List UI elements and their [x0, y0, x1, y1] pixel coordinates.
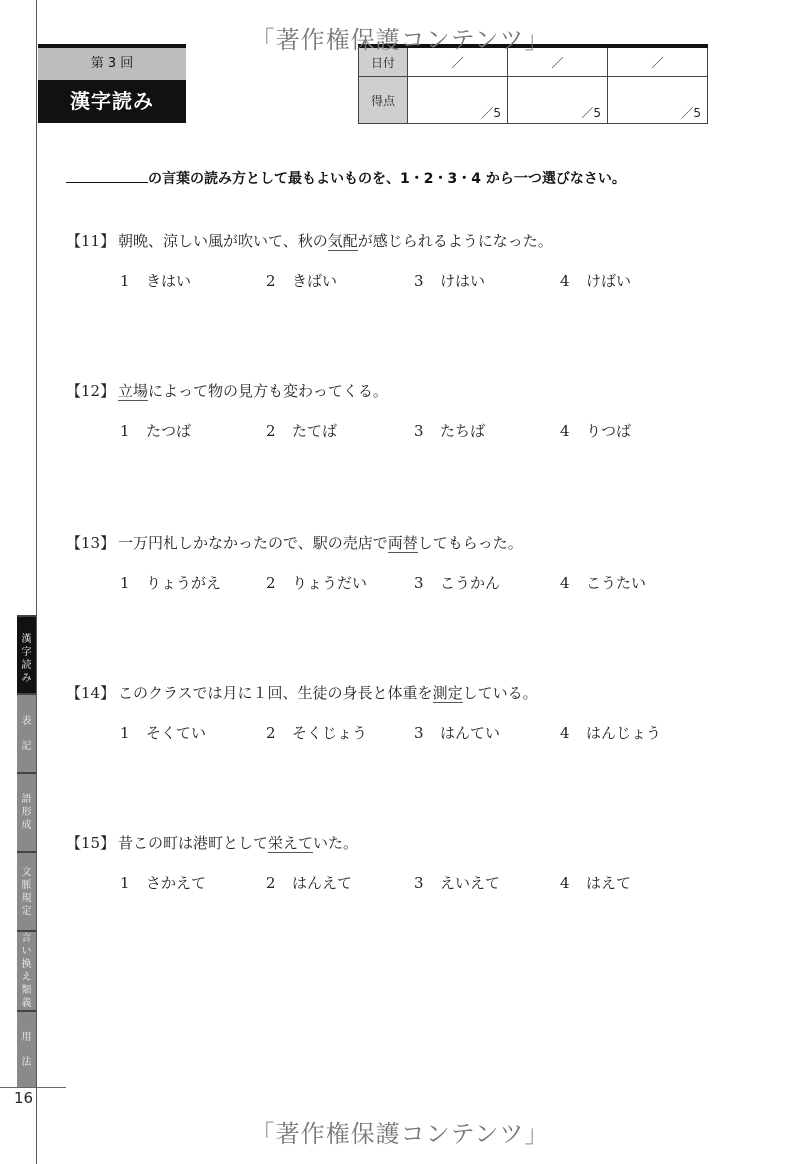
- question-number: 【14】: [66, 682, 118, 703]
- option-text: はんてい: [440, 724, 500, 742]
- answer-option[interactable]: 3こうかん: [414, 572, 500, 593]
- answer-option[interactable]: 3けはい: [414, 270, 485, 291]
- option-number: 2: [266, 874, 292, 892]
- option-text: りつば: [586, 422, 631, 440]
- side-tab[interactable]: 用法: [17, 1010, 36, 1087]
- tab-char: 表: [22, 715, 32, 728]
- stem-before: 朝晩、涼しい風が吹いて、秋の: [118, 232, 328, 250]
- option-number: 4: [560, 724, 586, 742]
- option-text: えいえて: [440, 874, 500, 892]
- question-stem: 【15】昔この町は港町として栄えていた。: [66, 832, 746, 853]
- stem-after: によって物の見方も変わってくる。: [148, 382, 388, 400]
- tab-char: え: [22, 971, 32, 984]
- answer-option[interactable]: 2はんえて: [266, 872, 352, 893]
- answer-option[interactable]: 2たてば: [266, 420, 337, 441]
- target-word: 気配: [328, 232, 358, 251]
- question-stem: 【11】朝晩、涼しい風が吹いて、秋の気配が感じられるようになった。: [66, 230, 746, 251]
- option-number: 1: [120, 724, 146, 742]
- option-text: きばい: [292, 272, 337, 290]
- side-tab[interactable]: 漢字読み: [17, 615, 36, 693]
- option-text: こうかん: [440, 574, 500, 592]
- option-text: きはい: [146, 272, 191, 290]
- option-text: はんえて: [292, 874, 352, 892]
- target-word: 測定: [433, 684, 463, 703]
- score-cell[interactable]: ／5: [408, 77, 508, 124]
- stem-after: が感じられるようになった。: [358, 232, 553, 250]
- answer-option[interactable]: 1りょうがえ: [120, 572, 221, 593]
- option-text: たてば: [292, 422, 337, 440]
- target-word: 栄えて: [268, 834, 313, 853]
- answer-option[interactable]: 4けばい: [560, 270, 631, 291]
- option-number: 4: [560, 422, 586, 440]
- option-text: そくじょう: [292, 724, 367, 742]
- answer-option[interactable]: 4はえて: [560, 872, 631, 893]
- tab-char: 言: [22, 932, 32, 945]
- tab-char: い: [22, 945, 32, 958]
- question-number: 【13】: [66, 532, 118, 553]
- option-number: 2: [266, 574, 292, 592]
- option-number: 3: [414, 272, 440, 290]
- tab-char: 義: [22, 997, 32, 1010]
- option-number: 1: [120, 574, 146, 592]
- stem-after: してもらった。: [418, 534, 523, 552]
- option-text: りょうがえ: [146, 574, 221, 592]
- section-header: 第 3 回 漢字読み: [38, 44, 186, 123]
- answer-option[interactable]: 1さかえて: [120, 872, 206, 893]
- tab-char: 漢: [22, 633, 32, 646]
- answer-option[interactable]: 1そくてい: [120, 722, 206, 743]
- score-table: 日付 ／ ／ ／ 得点 ／5 ／5 ／5: [358, 44, 708, 124]
- side-tab[interactable]: 表記: [17, 693, 36, 772]
- tab-char: み: [22, 672, 32, 685]
- option-number: 1: [120, 874, 146, 892]
- option-number: 3: [414, 574, 440, 592]
- page-number-rule: [0, 1087, 66, 1088]
- answer-option[interactable]: 4はんじょう: [560, 722, 661, 743]
- option-text: はんじょう: [586, 724, 661, 742]
- option-number: 4: [560, 574, 586, 592]
- answer-option[interactable]: 3はんてい: [414, 722, 500, 743]
- answer-option[interactable]: 1きはい: [120, 270, 191, 291]
- option-number: 4: [560, 272, 586, 290]
- option-text: けばい: [586, 272, 631, 290]
- tab-char: 脈: [22, 879, 32, 892]
- option-number: 2: [266, 272, 292, 290]
- option-number: 2: [266, 422, 292, 440]
- section-title: 漢字読み: [38, 80, 186, 123]
- answer-option[interactable]: 1たつば: [120, 420, 191, 441]
- answer-option[interactable]: 2そくじょう: [266, 722, 367, 743]
- answer-option[interactable]: 4こうたい: [560, 572, 646, 593]
- tab-char: 文: [22, 866, 32, 879]
- page-number: 16: [14, 1089, 33, 1107]
- target-word: 立場: [118, 382, 148, 401]
- stem-before: 昔この町は港町として: [118, 834, 268, 852]
- stem-before: 一万円札しかなかったので、駅の売店で: [118, 534, 388, 552]
- option-number: 4: [560, 874, 586, 892]
- tab-char: 換: [22, 958, 32, 971]
- question-stem: 【13】一万円札しかなかったので、駅の売店で両替してもらった。: [66, 532, 746, 553]
- option-number: 3: [414, 422, 440, 440]
- answer-option[interactable]: 4りつば: [560, 420, 631, 441]
- option-text: りょうだい: [292, 574, 367, 592]
- target-word: 両替: [388, 534, 418, 553]
- option-text: たつば: [146, 422, 191, 440]
- watermark-bottom: 「著作権保護コンテンツ」: [0, 1114, 800, 1149]
- answer-option[interactable]: 3えいえて: [414, 872, 500, 893]
- answer-option[interactable]: 2きばい: [266, 270, 337, 291]
- side-tab[interactable]: 語形成: [17, 772, 36, 851]
- tab-char: 類: [22, 984, 32, 997]
- question-number: 【11】: [66, 230, 118, 251]
- option-number: 3: [414, 874, 440, 892]
- answer-option[interactable]: 2りょうだい: [266, 572, 367, 593]
- option-number: 3: [414, 724, 440, 742]
- score-label: 得点: [359, 77, 408, 124]
- watermark-top: 「著作権保護コンテンツ」: [0, 20, 800, 55]
- tab-char: 読: [22, 659, 32, 672]
- tab-char: 成: [22, 819, 32, 832]
- question-stem: 【12】立場によって物の見方も変わってくる。: [66, 380, 746, 401]
- option-text: さかえて: [146, 874, 206, 892]
- option-number: 2: [266, 724, 292, 742]
- tab-char: 用: [22, 1031, 32, 1044]
- side-tab[interactable]: 言い換え類義: [17, 930, 36, 1010]
- score-cell[interactable]: ／5: [508, 77, 608, 124]
- blank-underline: [66, 168, 148, 183]
- question-number: 【15】: [66, 832, 118, 853]
- option-text: たちば: [440, 422, 485, 440]
- stem-before: このクラスでは月に１回、生徒の身長と体重を: [118, 684, 433, 702]
- stem-after: いた。: [313, 834, 358, 852]
- option-number: 1: [120, 422, 146, 440]
- tab-char: 語: [22, 793, 32, 806]
- option-text: こうたい: [586, 574, 646, 592]
- tab-char: 形: [22, 806, 32, 819]
- question-number: 【12】: [66, 380, 118, 401]
- instruction: の言葉の読み方として最もよいものを、1・2・3・4 から一つ選びなさい。: [66, 168, 626, 188]
- option-text: けはい: [440, 272, 485, 290]
- tab-char: 記: [22, 740, 32, 753]
- instruction-text: の言葉の読み方として最もよいものを、1・2・3・4 から一つ選びなさい。: [148, 171, 626, 187]
- tab-char: 規: [22, 892, 32, 905]
- score-cell[interactable]: ／5: [608, 77, 708, 124]
- margin-rule: [36, 0, 37, 1164]
- tab-char: 定: [22, 905, 32, 918]
- question-stem: 【14】このクラスでは月に１回、生徒の身長と体重を測定している。: [66, 682, 746, 703]
- option-text: そくてい: [146, 724, 206, 742]
- tab-char: 法: [22, 1056, 32, 1069]
- option-number: 1: [120, 272, 146, 290]
- option-text: はえて: [586, 874, 631, 892]
- side-tab[interactable]: 文脈規定: [17, 851, 36, 930]
- answer-option[interactable]: 3たちば: [414, 420, 485, 441]
- stem-after: している。: [463, 684, 538, 702]
- tab-char: 字: [22, 646, 32, 659]
